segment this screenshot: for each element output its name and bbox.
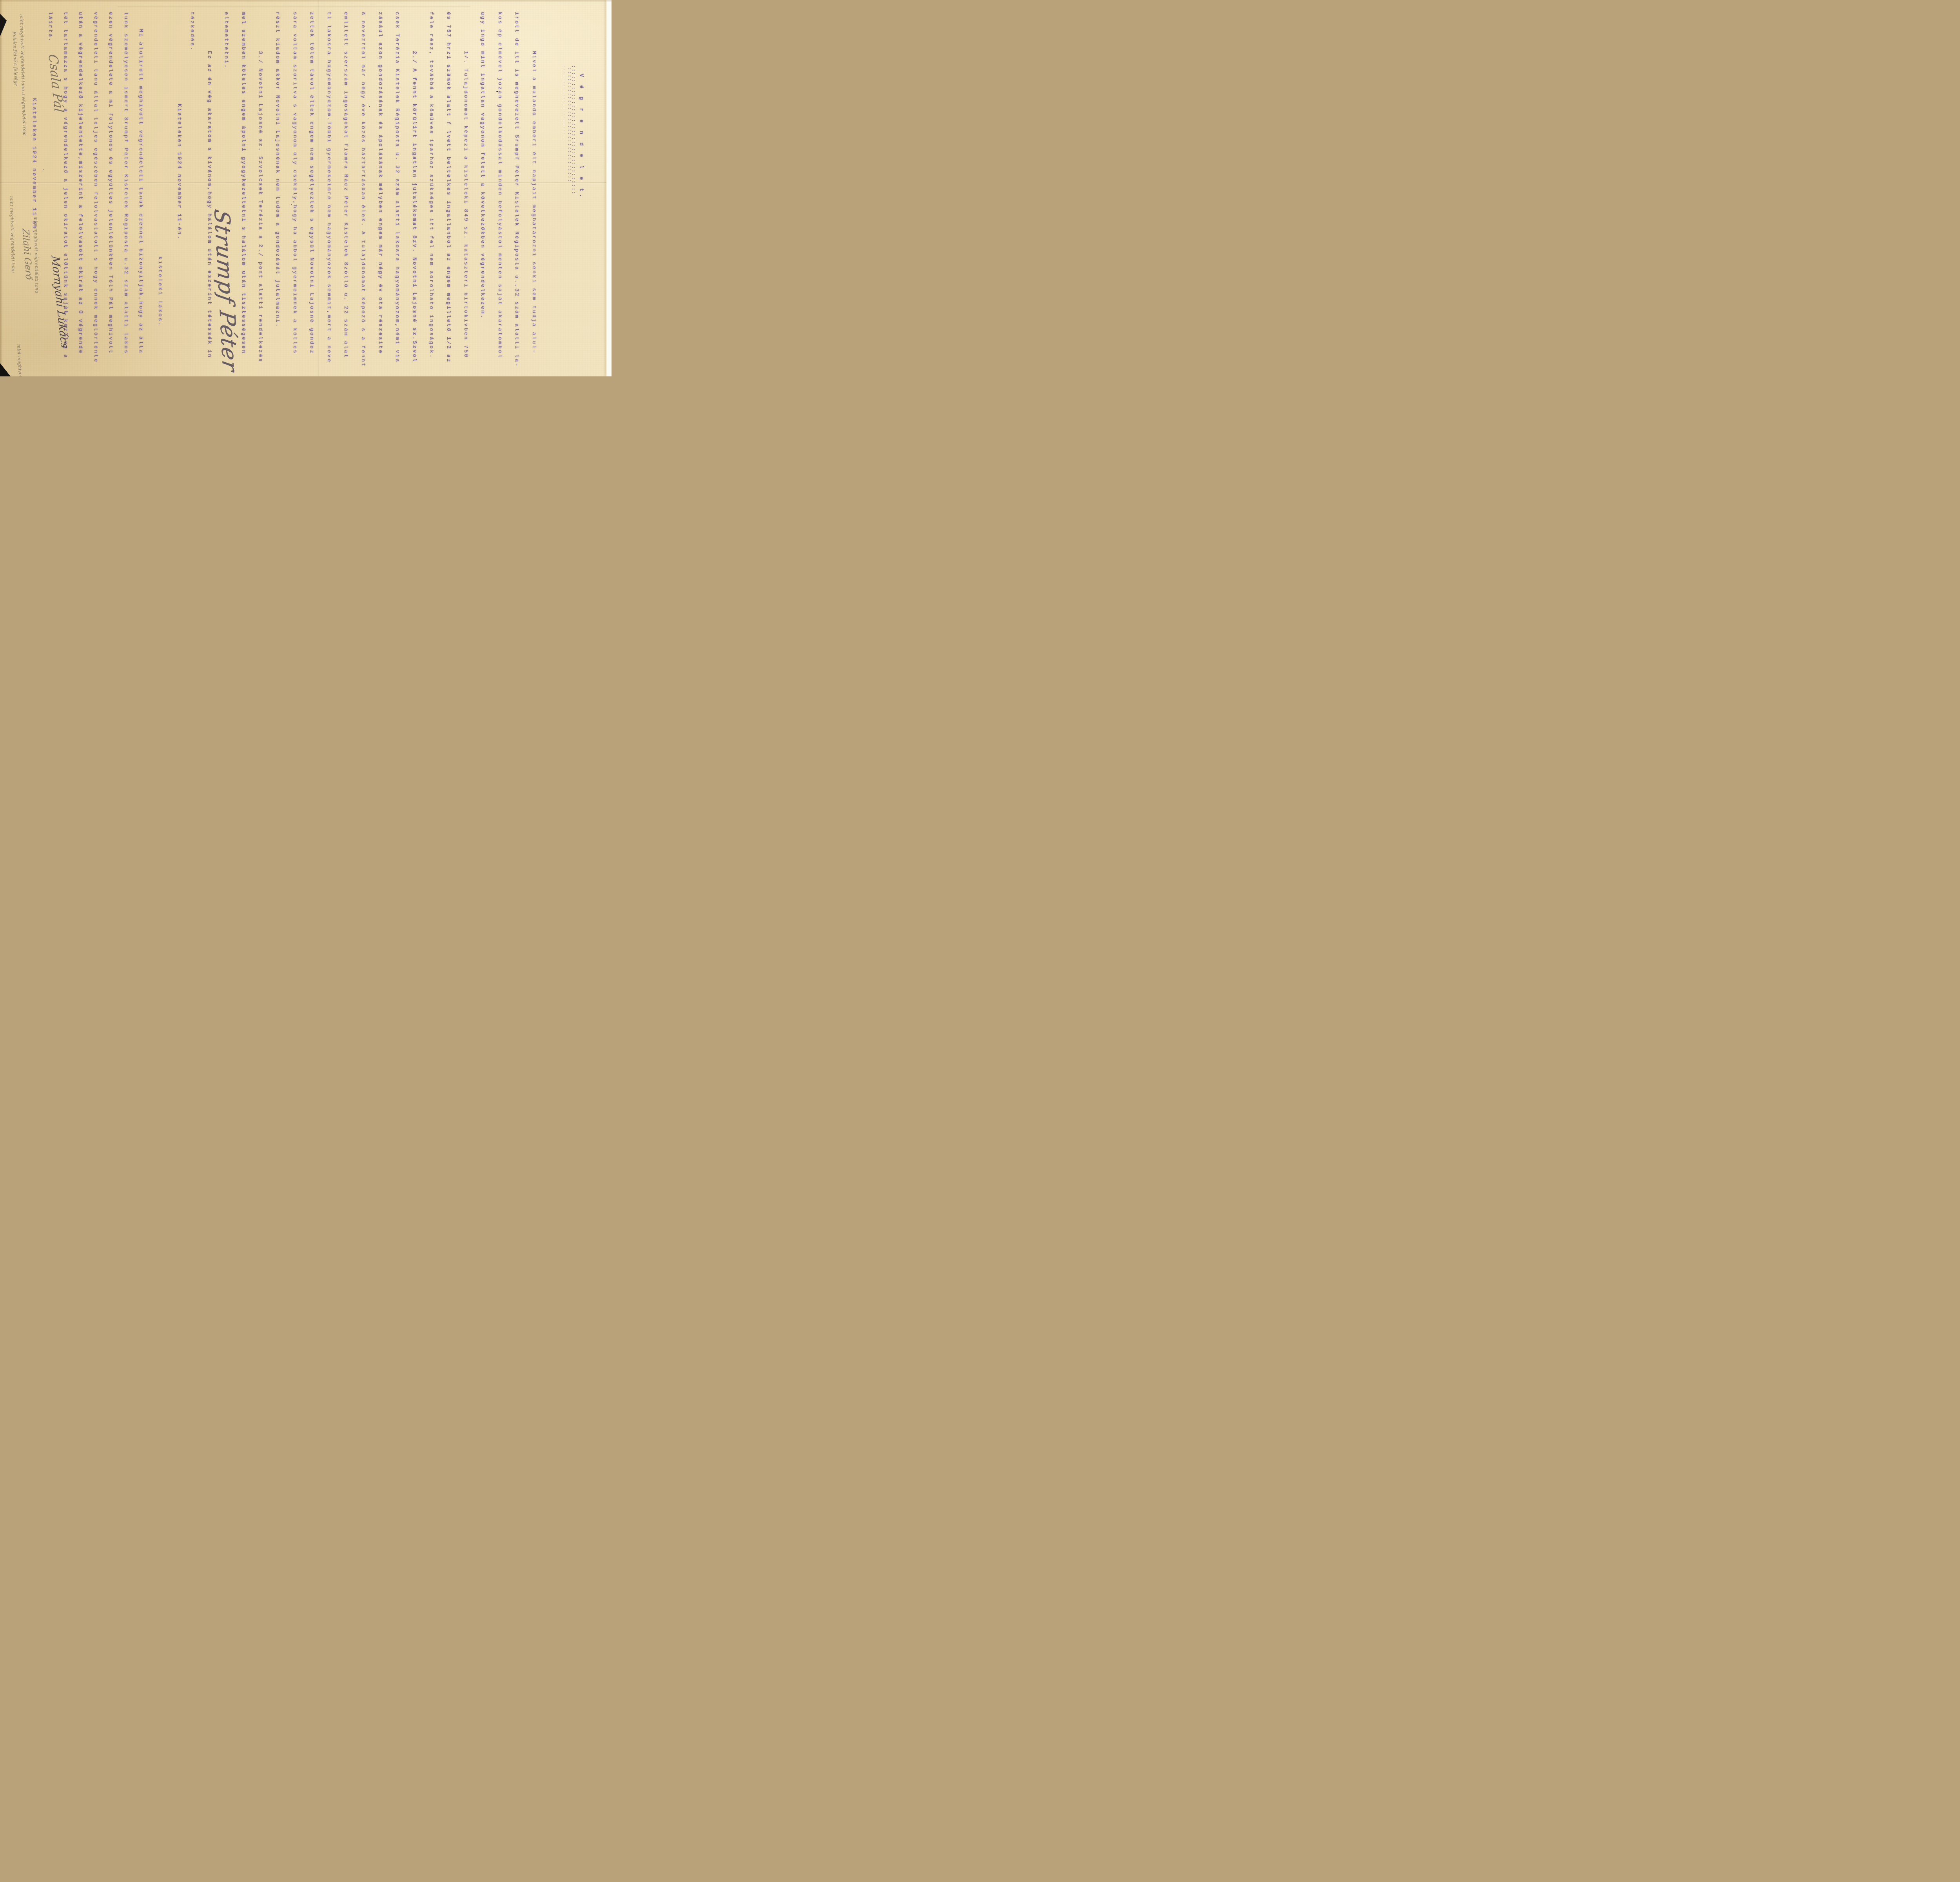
- paper-fleck: [229, 230, 230, 231]
- pencil-note: mint meghivott végrendeleti tanu: [16, 344, 25, 376]
- paper-edge-shadow-top: [0, 0, 612, 2]
- typed-line: 1/. Tulajdonomat képezi a kisteleki 849 …: [457, 0, 474, 376]
- typed-line: A nevezttel már négy éve közös háztartás…: [354, 0, 372, 376]
- pencil-note: mint meghivott végrendeleti tanu: [9, 196, 16, 273]
- pencil-note: Rohács Pálné s felesége: [12, 31, 19, 86]
- typed-line: kisteleki lakos.: [151, 0, 169, 376]
- typed-line: zásául azon gondozásának és ápolásának m…: [372, 0, 389, 376]
- fold-crease-horizontal: [0, 182, 612, 184]
- typed-line: kos ép elmével jozan gondolkodással mind…: [491, 0, 508, 376]
- typed-line: lunk személyesen ismert Srumpf Péter Kis…: [118, 0, 133, 376]
- typed-line: Mi alulirott meghivott végrendeleti tanu…: [133, 0, 149, 376]
- ink-speck: [43, 169, 44, 170]
- typed-line: ezen végrendelete a mi folytonos és együ…: [103, 0, 118, 376]
- typed-line: végrendeleti tanu által teljes egészében…: [88, 0, 103, 376]
- ink-speck: [496, 91, 498, 92]
- typed-line: emlitett szerszám ingoságokat fiamra Rác…: [338, 0, 355, 376]
- scan-edge-strip: [606, 0, 612, 376]
- typed-line: után a végrendelkező kijelentette,miszer…: [73, 0, 88, 376]
- aged-paper: V é g r e n d e l e t. :::::::::::::::::…: [0, 0, 612, 376]
- typed-line: 3./ Novotni Lajosné sz. Szvolcsek Terézi…: [252, 0, 269, 376]
- typed-line: ti lakosra hagyományozom.Többi gyermekei…: [320, 0, 338, 376]
- ink-speck: [369, 106, 370, 107]
- typed-line: csek Terézia Kistelek Régiposta u. 32 sz…: [389, 0, 406, 376]
- typed-line: ugy ingo mint ingatlan vagyonom felett a…: [474, 0, 492, 376]
- typed-line: sára voltam szoritva s vagyonom oly csek…: [286, 0, 303, 376]
- typed-line: 2./ A fennt körülirt ingatlan jutalékoma…: [406, 0, 423, 376]
- typed-line: Kisteleken 1924 november 11-én.: [25, 0, 43, 376]
- paper-edge-shadow-left: [0, 0, 3, 376]
- typed-line: tézkedés.: [184, 0, 201, 376]
- typed-line: és 757 hrzi számok alatt f lvett beltelk…: [440, 0, 457, 376]
- typed-line: fele rész, továbbá a kömüves iparhoz szü…: [423, 0, 440, 376]
- fold-crease-vertical: [318, 0, 319, 376]
- paper-fleck: [291, 204, 292, 205]
- scanned-will-document: { "colors":{ "paper":"#ecd9ae", "typewri…: [0, 0, 612, 376]
- document-content-rotated: V é g r e n d e l e t. :::::::::::::::::…: [0, 0, 612, 376]
- typed-line: irott de itt is megnevezett Srumpf Péter…: [508, 0, 526, 376]
- fold-crease-faint: [118, 6, 470, 7]
- typed-line: Mivel a mulando emberi élt napjait megha…: [525, 0, 543, 376]
- typed-line: részt kiadom akkor Novotni Lajosnénak ne…: [269, 0, 287, 376]
